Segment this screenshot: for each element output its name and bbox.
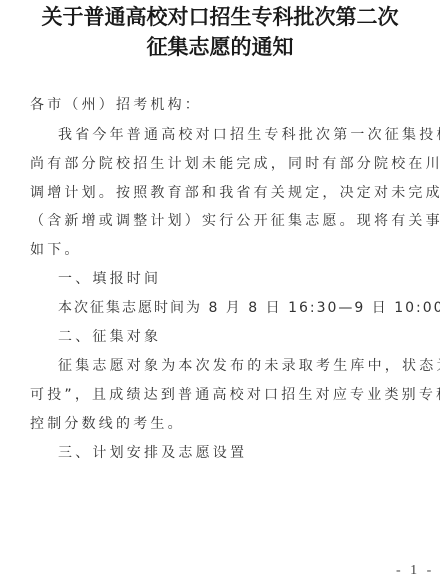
- section-3-heading: 三、计划安排及志愿设置: [58, 444, 440, 462]
- paragraph-line: 征集志愿对象为本次发布的未录取考生库中，状态为“自由: [58, 357, 440, 375]
- salutation: 各市（州）招考机构：: [30, 96, 418, 114]
- paragraph-line: 控制分数线的考生。: [30, 415, 418, 433]
- paragraph-line: 可投”，且成绩达到普通高校对口招生对应专业类别专科批录取: [30, 386, 418, 404]
- paragraph-line: 调增计划。按照教育部和我省有关规定，决定对未完成计划: [30, 184, 418, 202]
- document-title-line-1: 关于普通高校对口招生专科批次第二次: [0, 4, 440, 30]
- section-2-heading: 二、征集对象: [58, 328, 440, 346]
- paragraph-line: 如下。: [30, 241, 418, 259]
- paragraph-line: （含新增或调整计划）实行公开征集志愿。现将有关事项通知: [30, 212, 418, 230]
- paragraph-line: 尚有部分院校招生计划未能完成，同时有部分院校在川新增、: [30, 155, 418, 173]
- paragraph-line: 我省今年普通高校对口招生专科批次第一次征集投档后，: [58, 126, 440, 144]
- document-title-line-2: 征集志愿的通知: [0, 34, 440, 60]
- page-number: - 1 -: [396, 563, 434, 579]
- section-1-text: 本次征集志愿时间为 8 月 8 日 16:30—9 日 10:00。: [58, 299, 440, 317]
- section-1-heading: 一、填报时间: [58, 270, 440, 288]
